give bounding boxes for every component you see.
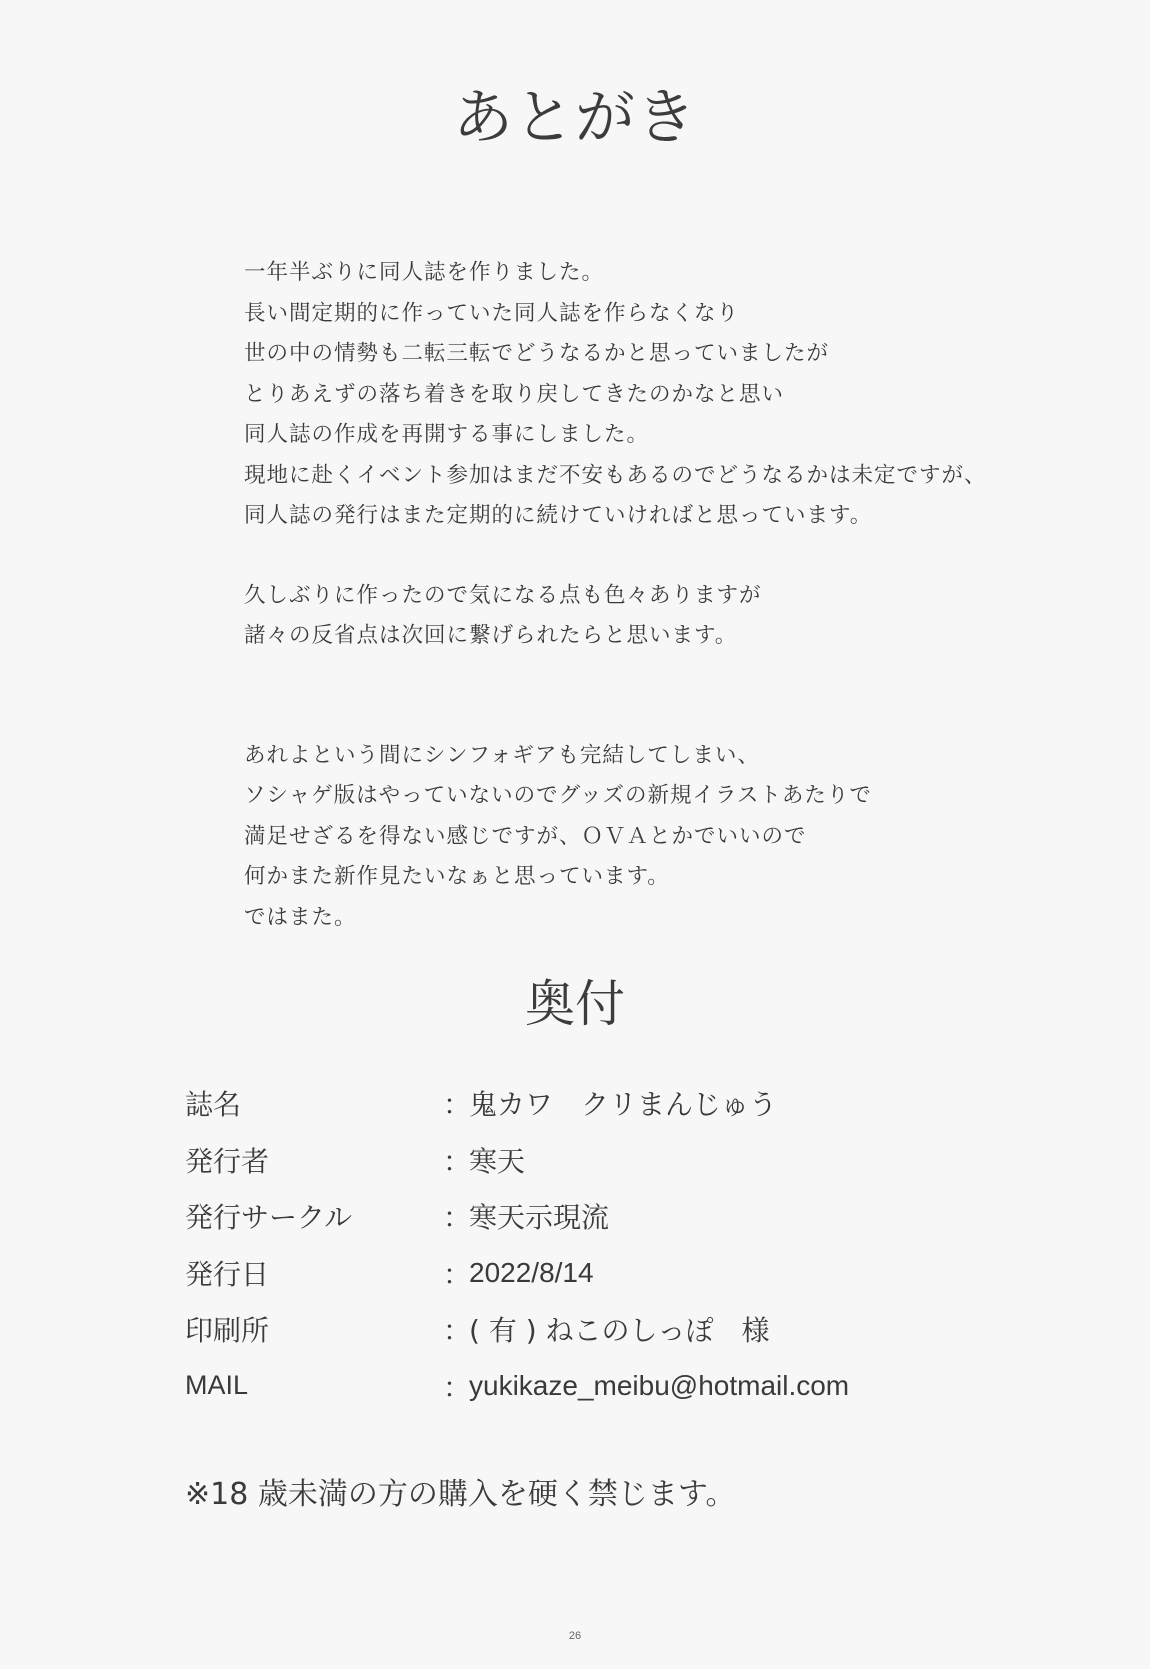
afterword-paragraph-1: 一年半ぶりに同人誌を作りました。 長い間定期的に作っていた同人誌を作らなくなり … (244, 253, 1064, 537)
colophon-title: 奥付 (0, 972, 1150, 1036)
colophon-row-date: 発行日 ： 2022/8/14 (185, 1245, 985, 1302)
row-separator: ： (443, 1366, 469, 1406)
text-line: 長い間定期的に作っていた同人誌を作らなくなり (244, 294, 1064, 335)
text-line: 同人誌の発行はまた定期的に続けていければと思っています。 (244, 496, 1064, 537)
afterword-title: あとがき (0, 82, 1150, 154)
row-separator: ： (443, 1196, 469, 1236)
colophon-row-mail: MAIL ： yukikaze_meibu@hotmail.com (185, 1358, 985, 1415)
row-value: 鬼カワ クリまんじゅう (469, 1083, 777, 1123)
text-line: 一年半ぶりに同人誌を作りました。 (244, 253, 1064, 294)
afterword-body: 一年半ぶりに同人誌を作りました。 長い間定期的に作っていた同人誌を作らなくなり … (244, 253, 1064, 938)
text-line: あれよという間にシンフォギアも完結してしまい、 (244, 736, 1064, 777)
colophon-table: 誌名 ： 鬼カワ クリまんじゅう 発行者 ： 寒天 発行サークル ： 寒天示現流… (185, 1075, 985, 1414)
text-line: 満足せざるを得ない感じですが、ＯＶＡとかでいいので (244, 817, 1064, 858)
row-separator: ： (443, 1083, 469, 1123)
text-line: 現地に赴くイベント参加はまだ不安もあるのでどうなるかは未定ですが、 (244, 456, 1064, 497)
row-label: 発行サークル (185, 1196, 443, 1236)
page-number: 26 (0, 1630, 1150, 1642)
row-value: ( 有 ) ねこのしっぽ 様 (469, 1309, 770, 1349)
paragraph-spacer (244, 657, 1064, 736)
text-line: 同人誌の作成を再開する事にしました。 (244, 415, 1064, 456)
row-value: 寒天示現流 (469, 1196, 609, 1236)
text-line: とりあえずの落ち着きを取り戻してきたのかなと思い (244, 375, 1064, 416)
age-restriction-warning: ※18 歳未満の方の購入を硬く禁じます。 (185, 1470, 735, 1520)
colophon-row-title: 誌名 ： 鬼カワ クリまんじゅう (185, 1075, 985, 1132)
text-line: 久しぶりに作ったので気になる点も色々ありますが (244, 576, 1064, 617)
colophon-row-publisher: 発行者 ： 寒天 (185, 1132, 985, 1189)
row-value: 2022/8/14 (469, 1257, 594, 1289)
afterword-paragraph-2: 久しぶりに作ったので気になる点も色々ありますが 諸々の反省点は次回に繋げられたら… (244, 576, 1064, 657)
row-separator: ： (443, 1309, 469, 1349)
row-label: 発行者 (185, 1140, 443, 1180)
colophon-row-printer: 印刷所 ： ( 有 ) ねこのしっぽ 様 (185, 1301, 985, 1358)
row-label: 誌名 (185, 1083, 443, 1123)
row-separator: ： (443, 1140, 469, 1180)
row-label: 印刷所 (185, 1309, 443, 1349)
colophon-row-circle: 発行サークル ： 寒天示現流 (185, 1188, 985, 1245)
text-line: 世の中の情勢も二転三転でどうなるかと思っていましたが (244, 334, 1064, 375)
row-value: 寒天 (469, 1140, 525, 1180)
text-line: ではまた。 (244, 898, 1064, 939)
paragraph-spacer (244, 537, 1064, 576)
row-separator: ： (443, 1253, 469, 1293)
text-line: ソシャゲ版はやっていないのでグッズの新規イラストあたりで (244, 776, 1064, 817)
email-value: yukikaze_meibu@hotmail.com (469, 1370, 849, 1402)
text-line: 諸々の反省点は次回に繋げられたらと思います。 (244, 616, 1064, 657)
row-label: 発行日 (185, 1253, 443, 1293)
afterword-paragraph-3: あれよという間にシンフォギアも完結してしまい、 ソシャゲ版はやっていないのでグッ… (244, 736, 1064, 939)
row-label: MAIL (185, 1370, 443, 1401)
text-line: 何かまた新作見たいなぁと思っています。 (244, 857, 1064, 898)
